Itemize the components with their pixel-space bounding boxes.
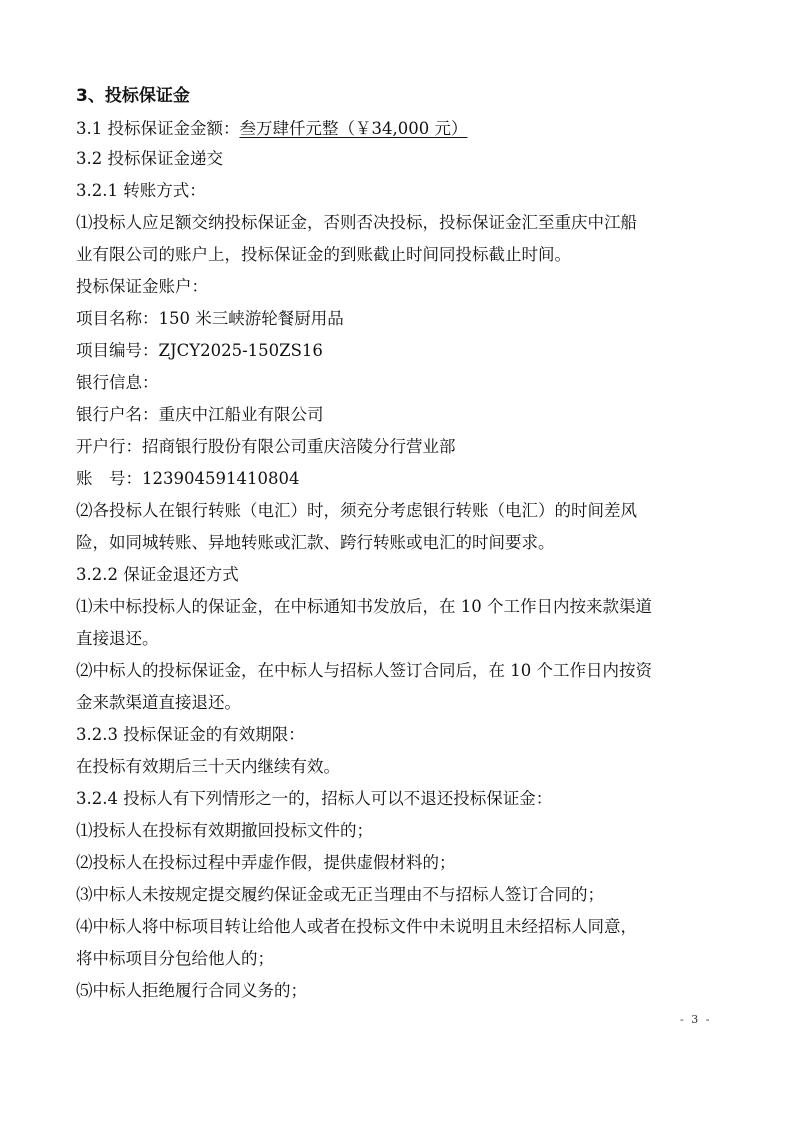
bank-account-name: 银行户名：重庆中江船业有限公司: [76, 405, 324, 425]
refund-paragraph-1-line-1: ⑴未中标投标人的保证金，在中标通知书发放后，在 10 个工作日内按来款渠道: [76, 597, 652, 617]
validity-text: 在投标有效期后三十天内继续有效。: [76, 757, 340, 777]
page-number: - 3 -: [680, 1013, 711, 1026]
submission-heading: 3.2 投标保证金递交: [76, 149, 223, 169]
forfeit-item: ⑷中标人将中标项目转让给他人或者在投标文件中未说明且未经招标人同意，: [76, 917, 637, 937]
bank-branch: 开户行：招商银行股份有限公司重庆涪陵分行营业部: [76, 437, 456, 457]
refund-paragraph-1-line-2: 直接退还。: [76, 629, 159, 649]
account-number: 账 号：123904591410804: [76, 469, 299, 489]
project-number: 项目编号：ZJCY2025-150ZS16: [76, 341, 323, 361]
forfeit-item: ⑵投标人在投标过程中弄虚作假，提供虚假材料的；: [76, 853, 456, 873]
refund-paragraph-2-line-1: ⑵中标人的投标保证金，在中标人与招标人签订合同后，在 10 个工作日内按资: [76, 661, 652, 681]
transfer-paragraph-2-line-2: 险，如同城转账、异地转账或汇款、跨行转账或电汇的时间要求。: [76, 533, 555, 553]
transfer-heading: 3.2.1 转账方式：: [76, 181, 206, 201]
transfer-paragraph-1-line-1: ⑴投标人应足额交纳投标保证金，否则否决投标，投标保证金汇至重庆中江船: [76, 213, 637, 233]
bank-info-label: 银行信息：: [76, 373, 159, 393]
project-name: 项目名称：150 米三峡游轮餐厨用品: [76, 309, 344, 329]
refund-paragraph-2-line-2: 金来款渠道直接退还。: [76, 693, 241, 713]
forfeit-item: ⑸中标人拒绝履行合同义务的；: [76, 981, 307, 1001]
amount-value: 叁万肆仟元整（￥34,000 元）: [240, 119, 468, 138]
transfer-paragraph-1-line-2: 业有限公司的账户上，投标保证金的到账截止时间同投标截止时间。: [76, 245, 571, 265]
forfeit-item: ⑶中标人未按规定提交履约保证金或无正当理由不与招标人签订合同的；: [76, 885, 604, 905]
forfeit-item: ⑴投标人在投标有效期撤回投标文件的；: [76, 821, 373, 841]
account-label: 投标保证金账户：: [76, 277, 208, 297]
refund-heading: 3.2.2 保证金退还方式: [76, 565, 239, 585]
forfeit-heading: 3.2.4 投标人有下列情形之一的，招标人可以不退还投标保证金：: [76, 789, 552, 809]
section-heading: 3、投标保证金: [76, 86, 190, 106]
amount-label: 3.1 投标保证金金额：: [76, 119, 240, 138]
transfer-paragraph-2-line-1: ⑵各投标人在银行转账（电汇）时，须充分考虑银行转账（电汇）的时间差风: [76, 501, 637, 521]
forfeit-item-continued: 将中标项目分包给他人的；: [76, 949, 274, 969]
amount-line: 3.1 投标保证金金额：叁万肆仟元整（￥34,000 元）: [76, 119, 467, 139]
validity-heading: 3.2.3 投标保证金的有效期限：: [76, 725, 305, 745]
